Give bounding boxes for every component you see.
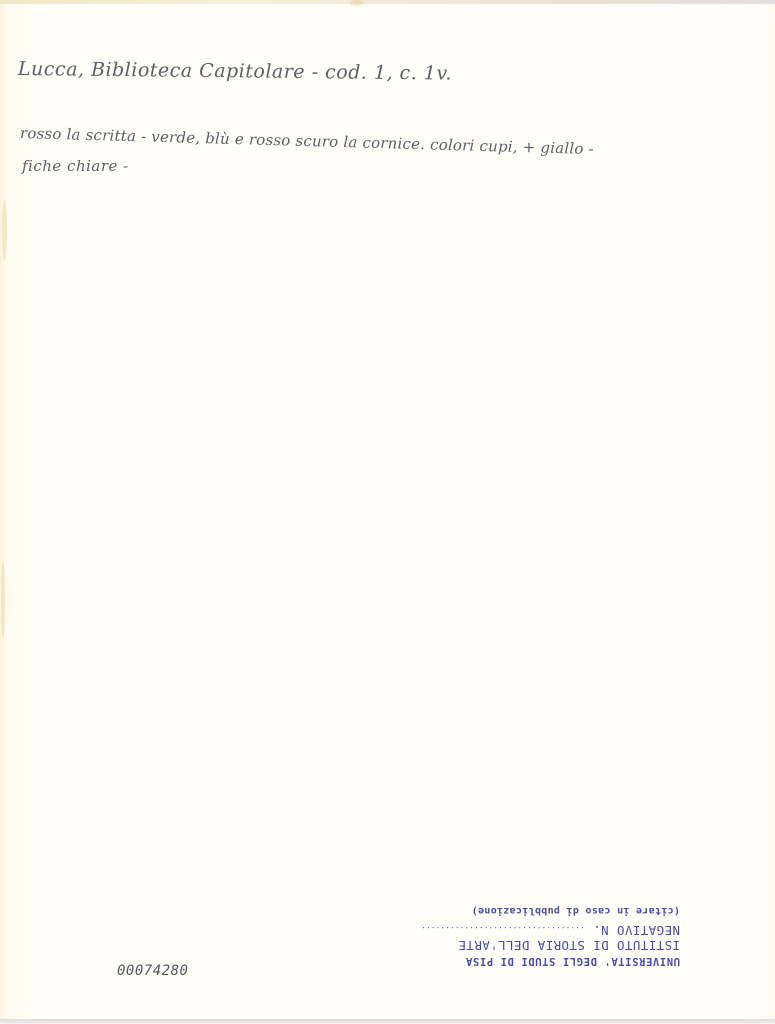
photo-verso-paper: Lucca, Biblioteca Capitolare - cod. 1, c…	[0, 0, 775, 1020]
stamp-negative-number: NEGATIVO N..............................…	[440, 922, 680, 938]
stamp-institute: ISTITUTO DI STORIA DELL'ARTE	[440, 938, 680, 953]
stamp-negative-blank: ..................................	[421, 925, 585, 934]
stamp-citation-note: (citare in caso di pubblicazione)	[440, 903, 680, 918]
institute-stamp: UNIVERSITA' DEGLI STUDI DI PISA ISTITUTO…	[440, 903, 680, 968]
handwritten-caption-title: Lucca, Biblioteca Capitolare - cod. 1, c…	[18, 58, 452, 85]
accession-number: 00074280	[117, 963, 188, 979]
handwritten-caption-note: fiche chiare -	[22, 157, 129, 175]
edge-stain	[350, 0, 364, 6]
scan-bottom-edge	[0, 1019, 775, 1024]
stamp-university: UNIVERSITA' DEGLI STUDI DI PISA	[440, 953, 680, 968]
edge-stain	[1, 560, 5, 640]
handwritten-caption-colors: rosso la scritta - verde, blù e rosso sc…	[20, 124, 594, 158]
edge-stain	[2, 200, 7, 260]
stamp-negative-label: NEGATIVO N.	[593, 923, 680, 938]
